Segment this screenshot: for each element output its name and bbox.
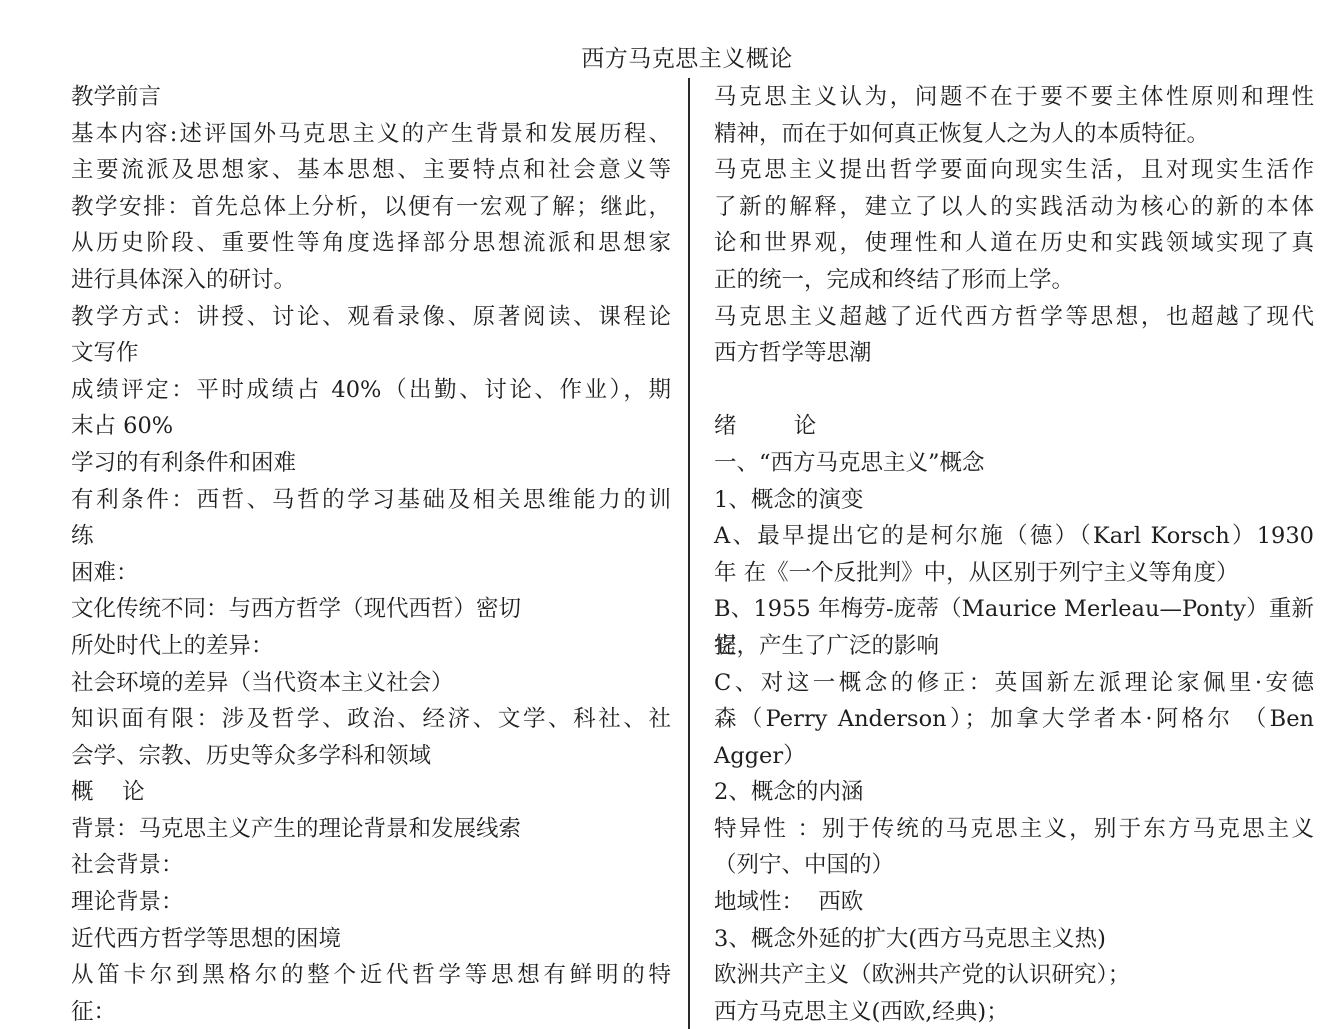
text-line: 练 bbox=[71, 518, 671, 555]
text-line: 马克思主义超越了近代西方哲学等思想，也超越了现代 bbox=[714, 299, 1314, 336]
text-line: 了新的解释，建立了以人的实践活动为核心的新的本体 bbox=[714, 189, 1314, 226]
text-line: 欧洲共产主义（欧洲共产党的认识研究）； bbox=[714, 957, 1314, 994]
text-line: 从笛卡尔到黑格尔的整个近代哲学等思想有鲜明的特 bbox=[71, 957, 671, 994]
text-line: 马克思主义认为，问题不在于要不要主体性原则和理性 bbox=[714, 79, 1314, 116]
text-line: 所处时代上的差异： bbox=[71, 628, 671, 665]
text-line: 末占 60% bbox=[71, 408, 671, 445]
text-line bbox=[714, 372, 1314, 409]
text-line: 知识面有限：涉及哲学、政治、经济、文学、科社、社 bbox=[71, 701, 671, 738]
text-line: 马克思主义提出哲学要面向现实生活，且对现实生活作 bbox=[714, 152, 1314, 189]
text-line: 从历史阶段、重要性等角度选择部分思想流派和思想家 bbox=[71, 225, 671, 262]
text-line: 正的统一，完成和终结了形而上学。 bbox=[714, 262, 1314, 299]
text-line: 年 在《一个反批判》中，从区别于列宁主义等角度） bbox=[714, 555, 1314, 592]
text-line: 主要流派及思想家、基本思想、主要特点和社会意义等 bbox=[71, 152, 671, 189]
text-line: 基本内容:述评国外马克思主义的产生背景和发展历程、 bbox=[71, 116, 671, 153]
text-line: 教学安排：首先总体上分析，以便有一宏观了解；继此， bbox=[71, 189, 671, 226]
text-line: 会学、宗教、历史等众多学科和领域 bbox=[71, 738, 671, 775]
text-line: 教学前言 bbox=[71, 79, 671, 116]
text-line: A、最早提出它的是柯尔施（德）（Karl Korsch）1930 bbox=[714, 518, 1314, 555]
text-line: 社会背景： bbox=[71, 847, 671, 884]
text-line: 社会环境的差异（当代资本主义社会） bbox=[71, 665, 671, 702]
text-line: 文写作 bbox=[71, 335, 671, 372]
text-line: 一、“西方马克思主义”概念 bbox=[714, 445, 1314, 482]
text-line: 2、概念的内涵 bbox=[714, 774, 1314, 811]
text-line: 近代西方哲学等思想的困境 bbox=[71, 921, 671, 958]
left-column: 教学前言基本内容:述评国外马克思主义的产生背景和发展历程、主要流派及思想家、基本… bbox=[71, 79, 671, 1029]
text-line: B、1955 年梅劳-庞蒂（Maurice Merleau—Ponty）重新提 bbox=[714, 591, 1314, 628]
text-line: 论和世界观，使理性和人道在历史和实践领域实现了真 bbox=[714, 225, 1314, 262]
text-line: 背景：马克思主义产生的理论背景和发展线索 bbox=[71, 811, 671, 848]
text-line: 文化传统不同：与西方哲学（现代西哲）密切 bbox=[71, 591, 671, 628]
column-divider bbox=[688, 78, 690, 1029]
text-line: 学习的有利条件和困难 bbox=[71, 445, 671, 482]
text-line: 有利条件：西哲、马哲的学习基础及相关思维能力的训 bbox=[71, 482, 671, 519]
text-line: 困难： bbox=[71, 555, 671, 592]
text-line: 地域性： 西欧 bbox=[714, 884, 1314, 921]
text-line: 西方哲学等思潮 bbox=[714, 335, 1314, 372]
text-line: （列宁、中国的） bbox=[714, 847, 1314, 884]
text-line: Agger） bbox=[714, 738, 1314, 775]
text-line: 概 论 bbox=[71, 774, 671, 811]
text-line: 1、概念的演变 bbox=[714, 482, 1314, 519]
text-line: 理论背景： bbox=[71, 884, 671, 921]
text-line: 成绩评定：平时成绩占 40%（出勤、讨论、作业），期 bbox=[71, 372, 671, 409]
text-line: 教学方式：讲授、讨论、观看录像、原著阅读、课程论 bbox=[71, 299, 671, 336]
text-line: 绪 论 bbox=[714, 408, 1314, 445]
right-column: 马克思主义认为，问题不在于要不要主体性原则和理性精神，而在于如何真正恢复人之为人… bbox=[714, 79, 1314, 1029]
text-line: 3、概念外延的扩大(西方马克思主义热) bbox=[714, 921, 1314, 958]
text-line: C、对这一概念的修正：英国新左派理论家佩里·安德 bbox=[714, 665, 1314, 702]
text-line: 它，产生了广泛的影响 bbox=[714, 628, 1314, 665]
text-line: 特异性 ：别于传统的马克思主义，别于东方马克思主义 bbox=[714, 811, 1314, 848]
text-line: 森（Perry Anderson）；加拿大学者本·阿格尔 （Ben bbox=[714, 701, 1314, 738]
page-title: 西方马克思主义概论 bbox=[0, 44, 1344, 74]
text-line: 西方马克思主义(西欧,经典)； bbox=[714, 994, 1314, 1029]
text-line: 征： bbox=[71, 994, 671, 1029]
text-line: 精神，而在于如何真正恢复人之为人的本质特征。 bbox=[714, 116, 1314, 153]
text-line: 进行具体深入的研讨。 bbox=[71, 262, 671, 299]
